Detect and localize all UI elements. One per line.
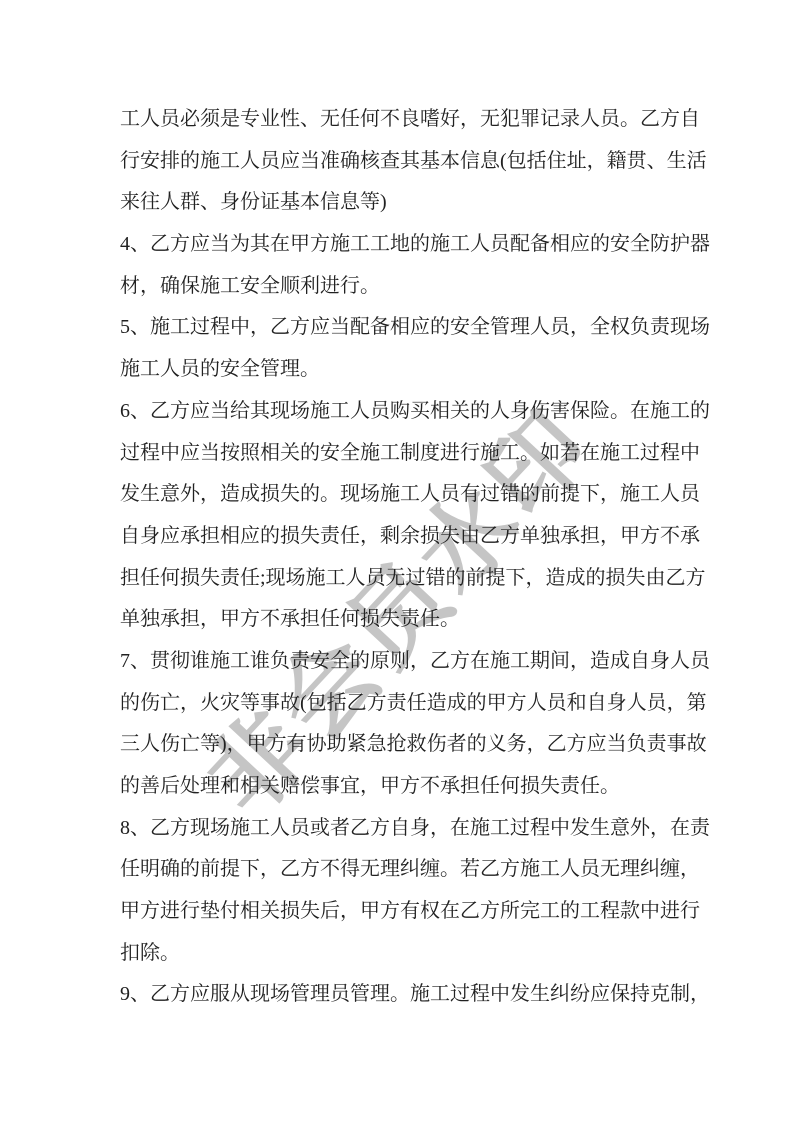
text-line-clause-4: 4、乙方应当为其在甲方施工工地的施工人员配备相应的安全防护器 [120, 224, 760, 266]
text-line: 单独承担，甲方不承担任何损失责任。 [120, 599, 760, 641]
text-line-clause-9: 9、乙方应服从现场管理员管理。施工过程中发生纠纷应保持克制， [120, 974, 760, 1016]
text-line: 施工人员的安全管理。 [120, 349, 760, 391]
text-line-clause-5: 5、施工过程中，乙方应当配备相应的安全管理人员，全权负责现场 [120, 307, 760, 349]
document-page: 非会员水印 工人员必须是专业性、无任何不良嗜好，无犯罪记录人员。乙方自 行安排的… [0, 0, 800, 1131]
text-line-clause-7: 7、贯彻谁施工谁负责安全的原则，乙方在施工期间，造成自身人员 [120, 641, 760, 683]
text-line: 来往人群、身份证基本信息等) [120, 182, 760, 224]
document-body: 工人员必须是专业性、无任何不良嗜好，无犯罪记录人员。乙方自 行安排的施工人员应当… [120, 99, 760, 1016]
text-line: 的伤亡，火灾等事故(包括乙方责任造成的甲方人员和自身人员，第 [120, 683, 760, 725]
text-line: 三人伤亡等)，甲方有协助紧急抢救伤者的义务，乙方应当负责事故 [120, 724, 760, 766]
text-line: 工人员必须是专业性、无任何不良嗜好，无犯罪记录人员。乙方自 [120, 99, 760, 141]
text-line: 过程中应当按照相关的安全施工制度进行施工。如若在施工过程中 [120, 433, 760, 475]
text-line: 行安排的施工人员应当准确核查其基本信息(包括住址，籍贯、生活 [120, 141, 760, 183]
text-line: 材，确保施工安全顺利进行。 [120, 266, 760, 308]
text-line: 自身应承担相应的损失责任，剩余损失由乙方单独承担，甲方不承 [120, 516, 760, 558]
text-line-clause-6: 6、乙方应当给其现场施工人员购买相关的人身伤害保险。在施工的 [120, 391, 760, 433]
text-line: 甲方进行垫付相关损失后，甲方有权在乙方所完工的工程款中进行 [120, 891, 760, 933]
text-line: 担任何损失责任;现场施工人员无过错的前提下，造成的损失由乙方 [120, 558, 760, 600]
text-line: 扣除。 [120, 933, 760, 975]
text-line: 任明确的前提下，乙方不得无理纠缠。若乙方施工人员无理纠缠， [120, 849, 760, 891]
text-line-clause-8: 8、乙方现场施工人员或者乙方自身，在施工过程中发生意外，在责 [120, 808, 760, 850]
text-line: 的善后处理和相关赔偿事宜，甲方不承担任何损失责任。 [120, 766, 760, 808]
text-line: 发生意外，造成损失的。现场施工人员有过错的前提下，施工人员 [120, 474, 760, 516]
